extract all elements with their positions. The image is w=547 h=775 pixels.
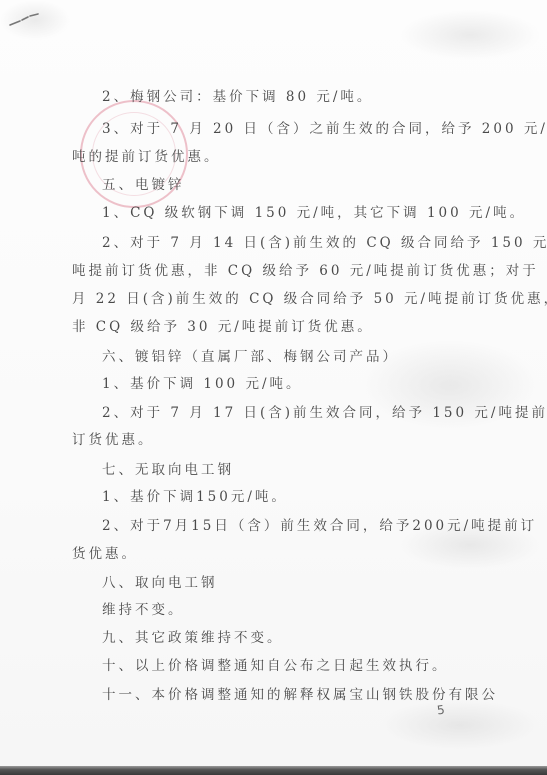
doc-line: 1、基价下调 100 元/吨。 (102, 375, 303, 393)
doc-line: 2、对于 7 月 17 日(含)前生效合同，给予 150 元/吨提前 (102, 404, 547, 422)
doc-line: 2、对于 7 月 14 日(含)前生效的 CQ 级合同给予 150 元/ (102, 234, 547, 252)
doc-line: 货优惠。 (72, 545, 138, 563)
doc-line: 月 22 日(含)前生效的 CQ 级合同给予 50 元/吨提前订货优惠， (72, 290, 547, 308)
scan-smudge (380, 700, 540, 750)
doc-line: 2、对于7月15日（含）前生效合同，给予200元/吨提前订 (102, 517, 537, 535)
doc-line: 1、基价下调150元/吨。 (102, 488, 288, 506)
section-heading: 六、镀铝锌（直属厂部、梅钢公司产品） (102, 348, 399, 366)
doc-line: 十一、本价格调整通知的解释权属宝山钢铁股份有限公 (102, 686, 498, 704)
doc-line: 维持不变。 (102, 601, 185, 619)
doc-line: 吨提前订货优惠，非 CQ 级给予 60 元/吨提前订货优惠；对于 7 (72, 262, 547, 280)
section-heading: 五、电镀锌 (102, 176, 185, 194)
doc-line: 订货优惠。 (72, 431, 155, 449)
scan-smudge (400, 10, 540, 60)
section-heading: 七、无取向电工钢 (102, 461, 234, 479)
doc-line: 非 CQ 级给予 30 元/吨提前订货优惠。 (72, 318, 374, 336)
doc-line: 2、梅钢公司：基价下调 80 元/吨。 (102, 88, 373, 106)
scan-bottom-edge (0, 766, 547, 775)
binding-mark-icon (8, 12, 44, 28)
doc-line: 1、CQ 级软钢下调 150 元/吨，其它下调 100 元/吨。 (102, 204, 526, 222)
doc-line: 吨的提前订货优惠。 (72, 148, 221, 166)
doc-line: 3、对于 7 月 20 日（含）之前生效的合同，给予 200 元/ (102, 120, 547, 138)
doc-line: 九、其它政策维持不变。 (102, 629, 284, 647)
section-heading: 八、取向电工钢 (102, 574, 218, 592)
doc-line: 十、以上价格调整通知自公布之日起生效执行。 (102, 657, 449, 675)
scanned-page: 2、梅钢公司：基价下调 80 元/吨。 3、对于 7 月 20 日（含）之前生效… (0, 0, 547, 768)
